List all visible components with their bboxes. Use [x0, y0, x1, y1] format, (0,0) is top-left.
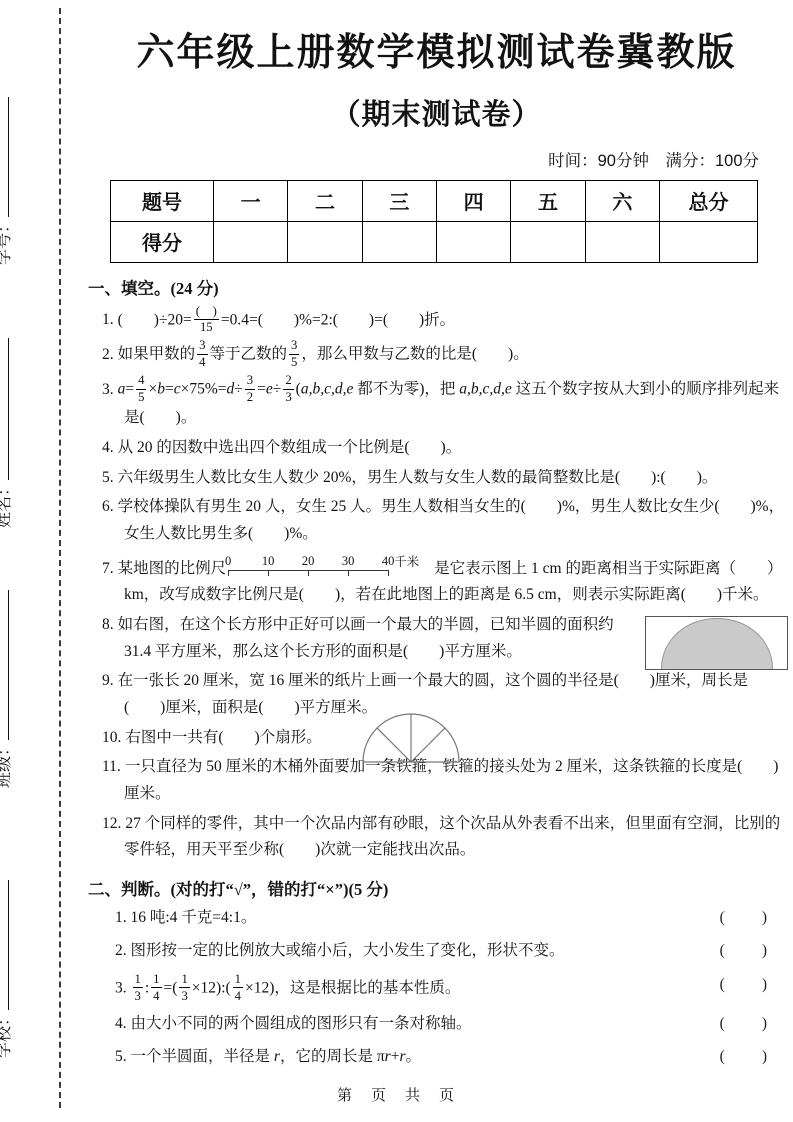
question-number: 8.	[102, 616, 118, 633]
question-text: 某地图的比例尺	[118, 560, 227, 577]
fraction-numerator: 3	[245, 373, 255, 389]
question-text: 。	[405, 1048, 421, 1065]
answer-brackets: ( )	[720, 972, 769, 998]
question-text: 如果甲数的	[118, 346, 196, 363]
fraction-numerator: 1	[133, 972, 143, 988]
question-text: ，那么甲数与乙数的比是( )。	[301, 346, 528, 363]
fill-question: 1.( )÷20=( )15=0.4=( )%=2:( )=( )折。	[88, 304, 785, 336]
score-row-label: 得分	[111, 221, 214, 262]
math-variable: a,b,c,d,e	[301, 381, 354, 398]
ruler-line	[228, 570, 388, 571]
question-text: =	[125, 381, 134, 398]
judge-question: 1. 16 吨:4 千克=4:1。( )	[88, 905, 785, 931]
fraction-denominator: 15	[194, 320, 219, 335]
score-table-header: 六	[585, 180, 659, 221]
question-text: ÷	[234, 381, 243, 398]
question-text: 等于乙数的	[210, 346, 288, 363]
question-text: 从 20 的因数中选出四个数组成一个比例是( )。	[118, 439, 462, 456]
question-text: 右图中一共有( )个扇形。	[125, 729, 321, 746]
question-text: ，它的周长是 π	[280, 1048, 385, 1065]
paper-title: 六年级上册数学模拟测试卷冀教版	[88, 30, 785, 78]
score-cell-empty	[214, 221, 288, 262]
fraction-denominator: 5	[136, 390, 146, 405]
ruler-tick	[388, 570, 389, 576]
school-field: 学校：	[0, 880, 16, 1058]
fraction-numerator: 4	[136, 373, 146, 389]
question-text: ×75%=	[181, 381, 227, 398]
question-number: 5.	[102, 469, 118, 486]
student-id-blank-line	[6, 97, 9, 217]
score-table-header: 五	[511, 180, 585, 221]
math-variable: e	[266, 381, 273, 398]
ruler-unit: 千米	[394, 552, 419, 574]
question-text: ×12)，这是根据比的基本性质。	[245, 979, 460, 996]
question-number: 3.	[115, 979, 131, 996]
fan-sectors-figure	[358, 694, 464, 768]
question-number: 4.	[102, 439, 118, 456]
question-number: 2.	[102, 346, 118, 363]
fill-question: 7.某地图的比例尺010203040千米是它表示图上 1 cm 的距离相当于实际…	[88, 551, 785, 609]
question-number: 7.	[102, 560, 118, 577]
fill-question: 3.a=45×b=c×75%=d÷32=e÷23(a,b,c,d,e 都不为零)…	[88, 373, 785, 432]
score-cell-empty	[362, 221, 436, 262]
fraction-denominator: 4	[151, 988, 161, 1003]
fill-question: 12.27 个同样的零件，其中一个次品内部有砂眼，这个次品从外表看不出来，但里面…	[88, 811, 785, 864]
fraction-denominator: 5	[289, 355, 299, 370]
judge-question-text: 3. 13:14=(13×12):(14×12)，这是根据比的基本性质。	[115, 972, 710, 1004]
score-cell-empty	[511, 221, 585, 262]
name-label: 姓名：	[0, 480, 13, 528]
answer-brackets: ( )	[720, 938, 769, 964]
score-table: 题号一二三四五六总分得分	[110, 180, 758, 263]
fraction-numerator: 1	[179, 972, 189, 988]
question-text: 都不为零)，把	[353, 381, 459, 398]
fraction-numerator: 2	[283, 373, 293, 389]
fill-section-heading: 一、填空。(24 分)	[88, 275, 785, 299]
question-number: 1.	[102, 311, 118, 328]
fraction-denominator: 4	[197, 355, 207, 370]
fill-question: 2.如果甲数的34等于乙数的35，那么甲数与乙数的比是( )。	[88, 338, 785, 370]
question-number: 4.	[115, 1015, 131, 1032]
question-text: :	[145, 979, 149, 996]
fraction-denominator: 2	[245, 390, 255, 405]
gray-semicircle	[661, 618, 773, 669]
score-table-header: 总分	[660, 180, 758, 221]
fraction-numerator: 1	[151, 972, 161, 988]
question-text: 由大小不同的两个圆组成的图形只有一条对称轴。	[131, 1015, 472, 1032]
question-number: 6.	[102, 498, 118, 515]
fraction-denominator: 4	[233, 988, 243, 1003]
fraction-denominator: 3	[283, 390, 293, 405]
school-blank-line	[6, 880, 9, 1010]
question-text: 27 个同样的零件，其中一个次品内部有砂眼，这个次品从外表看不出来，但里面有空洞…	[124, 815, 780, 859]
question-text: ×	[148, 381, 157, 398]
score-cell-empty	[660, 221, 758, 262]
question-number: 12.	[102, 815, 125, 832]
paper-main: 六年级上册数学模拟测试卷冀教版 （期末测试卷） 时间：90分钟 满分：100分 …	[88, 0, 785, 1077]
fraction-numerator: 3	[197, 338, 207, 354]
fraction: 14	[233, 972, 243, 1004]
question-number: 1.	[115, 909, 131, 926]
question-text: =(	[164, 979, 178, 996]
answer-brackets: ( )	[720, 1044, 769, 1070]
judge-question: 5. 一个半圆面，半径是 r，它的周长是 πr+r。( )	[88, 1044, 785, 1070]
question-number: 9.	[102, 672, 118, 689]
student-id-label: 学号：	[0, 217, 13, 265]
judge-question: 3. 13:14=(13×12):(14×12)，这是根据比的基本性质。( )	[88, 972, 785, 1004]
name-field: 姓名：	[0, 338, 16, 528]
question-number: 3.	[102, 381, 118, 398]
fraction: 13	[179, 972, 189, 1004]
fraction: 45	[136, 373, 146, 405]
math-variable: b	[157, 381, 165, 398]
fraction: ( )15	[194, 304, 219, 336]
question-text: 一个半圆面，半径是	[131, 1048, 274, 1065]
fraction: 23	[283, 373, 293, 405]
fraction: 14	[151, 972, 161, 1004]
score-table-corner-label: 题号	[111, 180, 214, 221]
class-field: 班级：	[0, 590, 16, 788]
paper-subtitle: （期末测试卷）	[88, 92, 785, 133]
exam-meta: 时间：90分钟 满分：100分	[88, 147, 785, 171]
question-text: 图形按一定的比例放大或缩小后，大小发生了变化，形状不变。	[131, 942, 565, 959]
fraction: 32	[245, 373, 255, 405]
fraction-numerator: 1	[233, 972, 243, 988]
fill-question: 6.学校体操队有男生 20 人，女生 25 人。男生人数相当女生的( )%，男生…	[88, 494, 785, 547]
fraction: 13	[133, 972, 143, 1004]
question-text: ( )÷20=	[118, 311, 192, 328]
score-cell-empty	[585, 221, 659, 262]
class-blank-line	[6, 590, 9, 740]
fill-question: 5.六年级男生人数比女生人数少 20%，男生人数与女生人数的最简整数比是( ):…	[88, 465, 785, 492]
page-footer: 第 页 共 页	[0, 1084, 793, 1105]
question-text: =0.4=( )%=2:( )=( )折。	[221, 311, 455, 328]
question-number: 2.	[115, 942, 131, 959]
question-text: 学校体操队有男生 20 人，女生 25 人。男生人数相当女生的( )%，男生人数…	[118, 498, 784, 542]
fraction-denominator: 3	[179, 988, 189, 1003]
score-table-header: 三	[362, 180, 436, 221]
question-text: 16 吨:4 千克=4:1。	[131, 909, 257, 926]
judge-question-text: 5. 一个半圆面，半径是 r，它的周长是 πr+r。	[115, 1044, 710, 1070]
fraction-numerator: ( )	[194, 304, 219, 320]
score-cell-empty	[288, 221, 362, 262]
score-table-header: 二	[288, 180, 362, 221]
fraction: 34	[197, 338, 207, 370]
student-id-field: 学号：	[0, 97, 16, 265]
answer-brackets: ( )	[720, 1011, 769, 1037]
judge-questions: 1. 16 吨:4 千克=4:1。( )2. 图形按一定的比例放大或缩小后，大小…	[88, 905, 785, 1070]
question-text: =	[257, 381, 266, 398]
fraction-numerator: 3	[289, 338, 299, 354]
score-table-header: 四	[436, 180, 510, 221]
question-text: 如右图，在这个长方形中正好可以画一个最大的半圆，已知半圆的面积约 31.4 平方…	[118, 616, 614, 660]
score-cell-empty	[436, 221, 510, 262]
fill-questions: 1.( )÷20=( )15=0.4=( )%=2:( )=( )折。2.如果甲…	[88, 304, 785, 864]
question-text: ÷	[273, 381, 282, 398]
score-table-header: 一	[214, 180, 288, 221]
question-text: ×12):(	[192, 979, 231, 996]
answer-brackets: ( )	[720, 905, 769, 931]
class-label: 班级：	[0, 740, 13, 788]
judge-question-text: 2. 图形按一定的比例放大或缩小后，大小发生了变化，形状不变。	[115, 938, 710, 964]
map-scale-ruler: 010203040千米	[226, 551, 434, 581]
judge-question: 2. 图形按一定的比例放大或缩小后，大小发生了变化，形状不变。( )	[88, 938, 785, 964]
judge-section-heading: 二、判断。(对的打“√”，错的打“×”)(5 分)	[88, 876, 785, 900]
question-number: 11.	[102, 758, 125, 775]
judge-question-text: 1. 16 吨:4 千克=4:1。	[115, 905, 710, 931]
question-number: 5.	[115, 1048, 131, 1065]
school-label: 学校：	[0, 1010, 13, 1058]
question-text: 六年级男生人数比女生人数少 20%，男生人数与女生人数的最简整数比是( ):( …	[118, 469, 718, 486]
fill-question: 4.从 20 的因数中选出四个数组成一个比例是( )。	[88, 435, 785, 462]
judge-question: 4. 由大小不同的两个圆组成的图形只有一条对称轴。( )	[88, 1011, 785, 1037]
fraction-denominator: 3	[133, 988, 143, 1003]
judge-question-text: 4. 由大小不同的两个圆组成的图形只有一条对称轴。	[115, 1011, 710, 1037]
name-blank-line	[6, 338, 9, 480]
fraction: 35	[289, 338, 299, 370]
question-number: 10.	[102, 729, 125, 746]
math-variable: a,b,c,d,e	[459, 381, 512, 398]
math-variable: c	[174, 381, 181, 398]
rectangle-semicircle-figure	[645, 616, 788, 670]
seal-dashed-line	[59, 8, 61, 1108]
question-text: =	[165, 381, 174, 398]
